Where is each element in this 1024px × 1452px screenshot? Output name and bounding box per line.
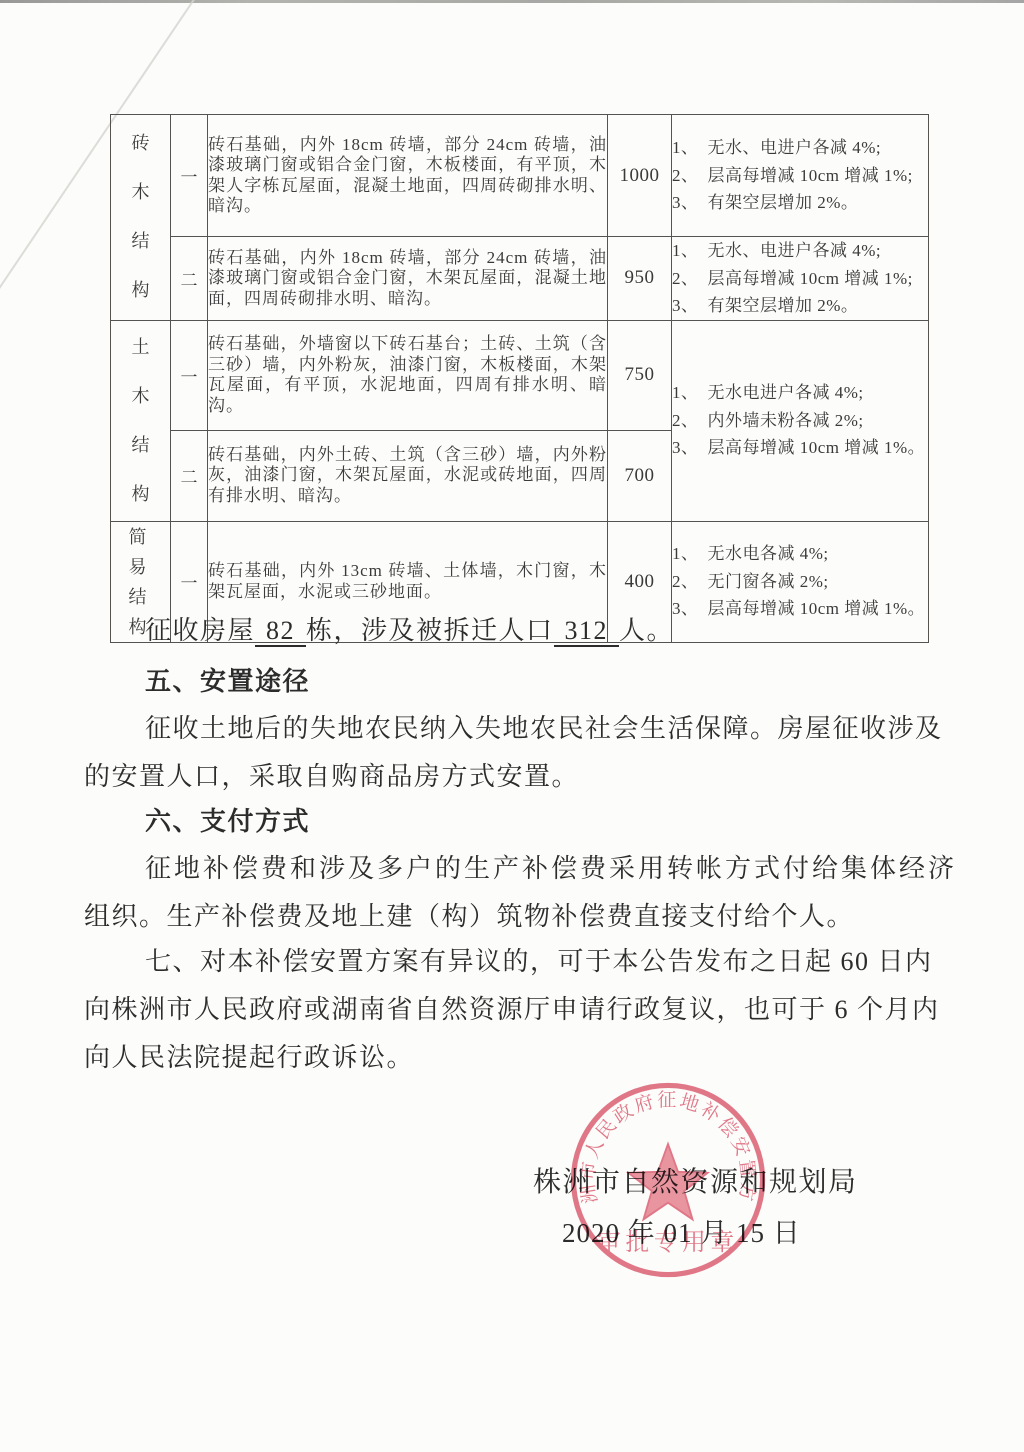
paragraph7-line2: 向株洲市人民政府或湖南省自然资源厅申请行政复议，也可于 6 个月内 <box>84 989 940 1026</box>
grade-cell: 一 <box>171 320 208 430</box>
seal-star <box>628 1144 707 1219</box>
summary-line: 征收房屋82栋，涉及被拆迁人口312人。 <box>145 610 674 647</box>
grade-cell: 二 <box>171 237 208 321</box>
paragraph6-line1: 征地补偿费和涉及多户的生产补偿费采用转帐方式付给集体经济 <box>145 848 957 885</box>
paragraph5-line2: 的安置人口，采取自购商品房方式安置。 <box>84 756 579 793</box>
category-label: 土木结构 <box>130 323 152 519</box>
seal-bottom-text: 审批专用章 <box>597 1229 739 1256</box>
paragraph5-line1: 征收土地后的失地农民纳入失地农民社会生活保障。房屋征收涉及 <box>145 708 943 745</box>
relocated-people-count: 312 <box>554 616 620 647</box>
document-page: 砖木结构 一 砖石基础，内外 18cm 砖墙，部分 24cm 砖墙，油漆玻璃门窗… <box>0 0 1024 1452</box>
table-row: 土木结构 一 砖石基础，外墙窗以下砖石基台；土砖、土筑（含三砂）墙，内外粉灰，油… <box>111 320 929 430</box>
category-label: 砖木结构 <box>130 119 152 315</box>
houses-count: 82 <box>255 616 306 647</box>
price-cell: 700 <box>608 430 672 521</box>
summary-suffix: 人。 <box>619 616 674 645</box>
adjustment-notes-cell: 1、 无水电各减 4%; 2、 无门窗各减 2%; 3、 层高每增减 10cm … <box>672 521 929 642</box>
category-cell-brick-wood: 砖木结构 <box>111 115 171 321</box>
scan-edge-artifact <box>0 0 1024 3</box>
description-cell: 砖石基础，内外土砖、土筑（含三砂）墙，内外粉灰，油漆门窗，木架瓦屋面，水泥或砖地… <box>208 430 608 521</box>
grade-cell: 一 <box>171 115 208 237</box>
adjustment-notes-cell: 1、 无水、电进户各减 4%; 2、 层高每增减 10cm 增减 1%; 3、 … <box>672 237 929 321</box>
table-row: 砖木结构 一 砖石基础，内外 18cm 砖墙，部分 24cm 砖墙，油漆玻璃门窗… <box>111 115 929 237</box>
paragraph7-line3: 向人民法院提起行政诉讼。 <box>84 1037 414 1074</box>
description-cell: 砖石基础，内外 18cm 砖墙，部分 24cm 砖墙，油漆玻璃门窗或铝合金门窗，… <box>208 237 608 321</box>
grade-cell: 二 <box>171 430 208 521</box>
paragraph6-line2: 组织。生产补偿费及地上建（构）筑物补偿费直接支付给个人。 <box>84 896 854 933</box>
price-cell: 1000 <box>608 115 672 237</box>
section5-heading: 五、安置途径 <box>145 661 310 698</box>
paragraph7-line1: 七、对本补偿安置方案有异议的，可于本公告发布之日起 60 日内 <box>145 941 933 978</box>
compensation-table: 砖木结构 一 砖石基础，内外 18cm 砖墙，部分 24cm 砖墙，油漆玻璃门窗… <box>110 114 929 643</box>
official-seal: 株洲市人民政府征地补偿安置方案 审批专用章 <box>564 1076 772 1284</box>
description-cell: 砖石基础，内外 18cm 砖墙，部分 24cm 砖墙，油漆玻璃门窗或铝合金门窗，… <box>208 115 608 237</box>
description-cell: 砖石基础，外墙窗以下砖石基台；土砖、土筑（含三砂）墙，内外粉灰，油漆门窗，木板楼… <box>208 320 608 430</box>
price-cell: 950 <box>608 237 672 321</box>
summary-middle: 栋，涉及被拆迁人口 <box>306 616 554 645</box>
section6-heading: 六、支付方式 <box>145 801 310 838</box>
summary-prefix: 征收房屋 <box>145 616 255 645</box>
table-row: 二 砖石基础，内外 18cm 砖墙，部分 24cm 砖墙，油漆玻璃门窗或铝合金门… <box>111 237 929 321</box>
category-cell-earth-wood: 土木结构 <box>111 320 171 521</box>
adjustment-notes-cell-merged: 1、 无水电进户各减 4%; 2、 内外墙未粉各减 2%; 3、 层高每增减 1… <box>672 320 929 521</box>
adjustment-notes-cell: 1、 无水、电进户各减 4%; 2、 层高每增减 10cm 增减 1%; 3、 … <box>672 115 929 237</box>
price-cell: 750 <box>608 320 672 430</box>
